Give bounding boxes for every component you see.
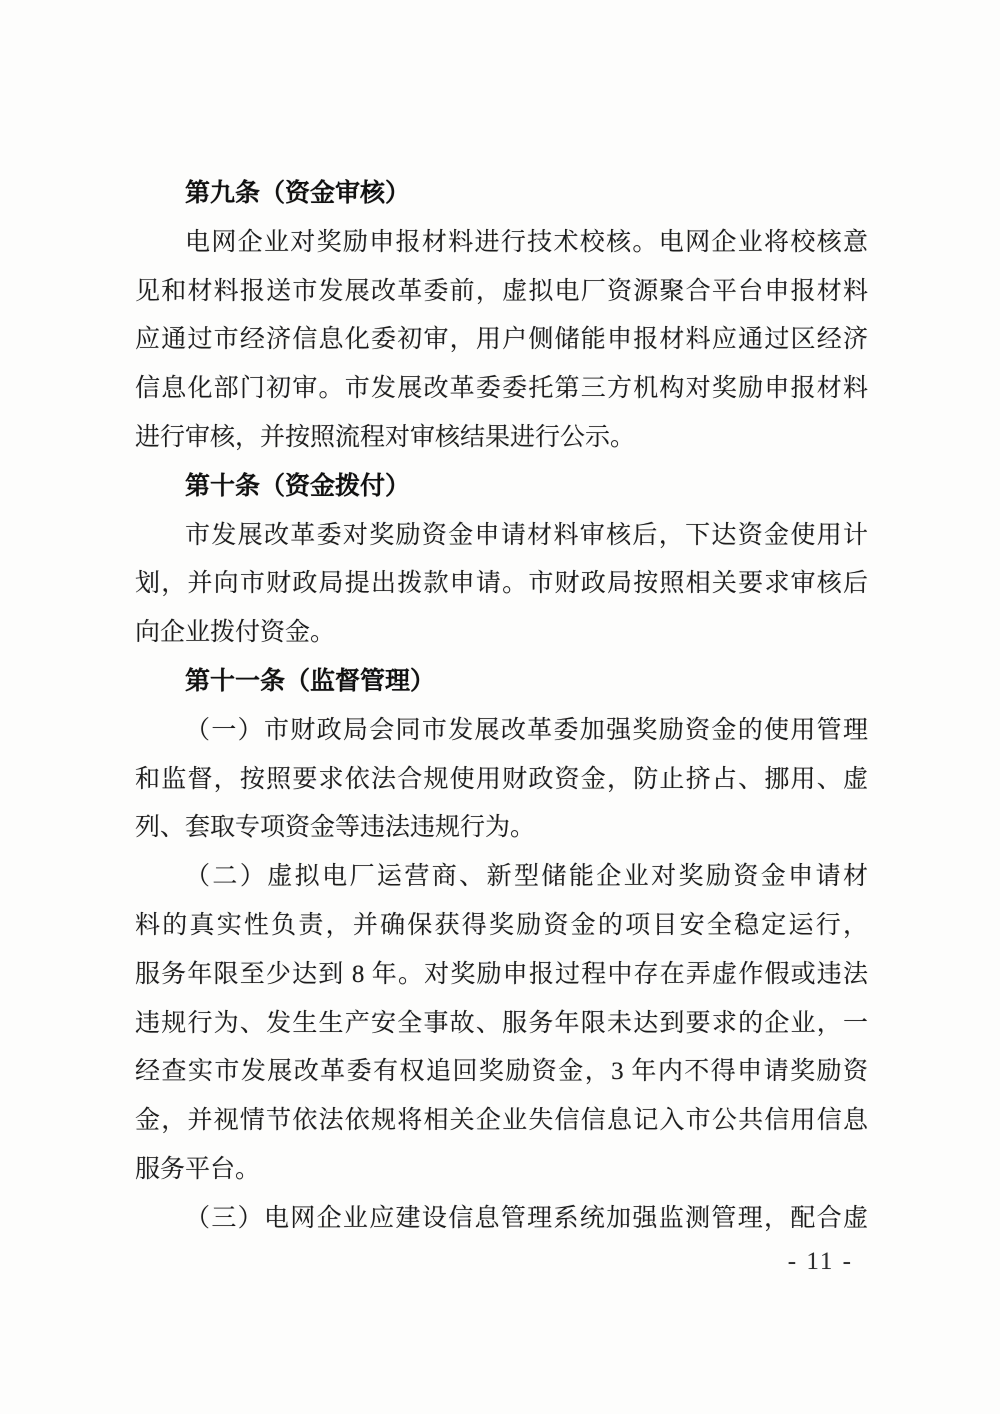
text-line: 经查实市发展改革委有权追回奖励资金，3 年内不得申请奖励资 — [135, 1048, 868, 1097]
paragraph: （二）虚拟电厂运营商、新型储能企业对奖励资金申请材料的真实性负责，并确保获得奖励… — [135, 853, 868, 1195]
text-line: 划，并向市财政局提出拨款申请。市财政局按照相关要求审核后 — [135, 560, 868, 609]
text-line: 服务年限至少达到 8 年。对奖励申报过程中存在弄虚作假或违法 — [135, 951, 868, 1000]
text-line: 向企业拨付资金。 — [135, 609, 868, 658]
article-heading: 第九条（资金审核） — [135, 170, 868, 219]
text-line: 应通过市经济信息化委初审，用户侧储能申报材料应通过区经济 — [135, 316, 868, 365]
text-line: 信息化部门初审。市发展改革委委托第三方机构对奖励申报材料 — [135, 365, 868, 414]
text-line: 和监督，按照要求依法合规使用财政资金，防止挤占、挪用、虚 — [135, 756, 868, 805]
text-line: 料的真实性负责，并确保获得奖励资金的项目安全稳定运行， — [135, 902, 868, 951]
text-line: 服务平台。 — [135, 1146, 868, 1195]
text-line: （三）电网企业应建设信息管理系统加强监测管理，配合虚 — [135, 1195, 868, 1244]
article-heading: 第十条（资金拨付） — [135, 463, 868, 512]
paragraph: （一）市财政局会同市发展改革委加强奖励资金的使用管理和监督，按照要求依法合规使用… — [135, 707, 868, 853]
text-line: 金，并视情节依法依规将相关企业失信信息记入市公共信用信息 — [135, 1097, 868, 1146]
paragraph: （三）电网企业应建设信息管理系统加强监测管理，配合虚 — [135, 1195, 868, 1244]
text-line: 列、套取专项资金等违法违规行为。 — [135, 804, 868, 853]
text-line: （二）虚拟电厂运营商、新型储能企业对奖励资金申请材 — [135, 853, 868, 902]
text-line: 市发展改革委对奖励资金申请材料审核后，下达资金使用计 — [135, 512, 868, 561]
paragraph: 市发展改革委对奖励资金申请材料审核后，下达资金使用计划，并向市财政局提出拨款申请… — [135, 512, 868, 658]
page-number: - 11 - — [788, 1246, 853, 1278]
document-body: 第九条（资金审核）电网企业对奖励申报材料进行技术校核。电网企业将校核意见和材料报… — [135, 170, 868, 1244]
text-line: 进行审核，并按照流程对审核结果进行公示。 — [135, 414, 868, 463]
paragraph: 电网企业对奖励申报材料进行技术校核。电网企业将校核意见和材料报送市发展改革委前，… — [135, 219, 868, 463]
text-line: 电网企业对奖励申报材料进行技术校核。电网企业将校核意 — [135, 219, 868, 268]
text-line: 违规行为、发生生产安全事故、服务年限未达到要求的企业，一 — [135, 1000, 868, 1049]
text-line: 见和材料报送市发展改革委前，虚拟电厂资源聚合平台申报材料 — [135, 268, 868, 317]
text-line: （一）市财政局会同市发展改革委加强奖励资金的使用管理 — [135, 707, 868, 756]
article-heading: 第十一条（监督管理） — [135, 658, 868, 707]
document-page: 第九条（资金审核）电网企业对奖励申报材料进行技术校核。电网企业将校核意见和材料报… — [0, 0, 1000, 1414]
